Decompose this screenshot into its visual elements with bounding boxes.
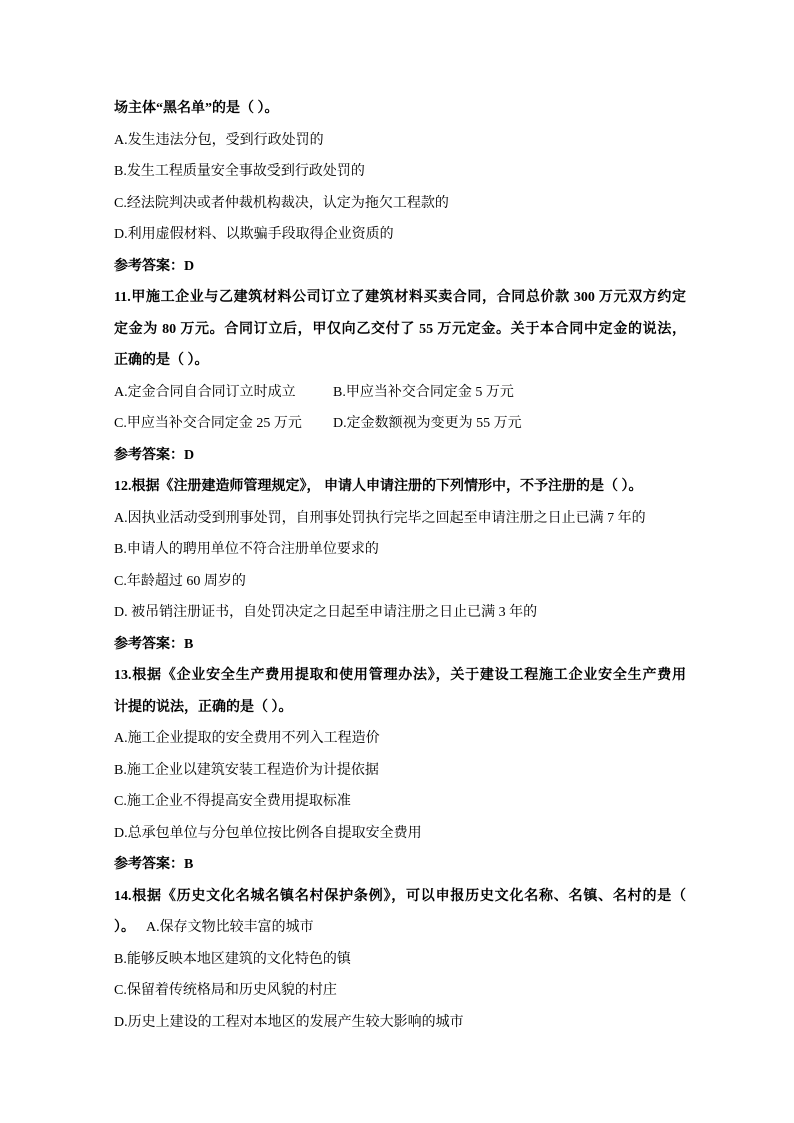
question-12-option-a: A.因执业活动受到刑事处罚，自刑事处罚执行完毕之回起至申请注册之日止已满 7 年… — [114, 503, 686, 535]
question-14-stem-line-1: 14.根据《历史文化名城名镇名村保护条例》，可以申报历史文化名称、名镇、名村的是… — [114, 881, 686, 913]
document-page: 场主体“黑名单”的是（ ）。 A.发生违法分包，受到行政处罚的 B.发生工程质量… — [0, 0, 794, 1123]
question-10-answer-line: 参考答案：D — [114, 251, 686, 283]
question-11-option-b: B.甲应当补交合同定金 5 万元 — [333, 385, 514, 400]
question-11-stem-line-1: 11.甲施工企业与乙建筑材料公司订立了建筑材料买卖合同，合同总价款 300 万元… — [114, 282, 686, 314]
question-11-options-row-2: C.甲应当补交合同定金 25 万元D.定金数额视为变更为 55 万元 — [114, 408, 686, 440]
question-11-stem-line-3: 正确的是（ ）。 — [114, 345, 686, 377]
question-11-option-d: D.定金数额视为变更为 55 万元 — [333, 416, 522, 431]
question-12-stem: 12.根据《注册建造师管理规定》， 申请人申请注册的下列情形中，不予注册的是（ … — [114, 471, 686, 503]
question-14-stem-close: ）。 — [114, 920, 135, 935]
question-11-stem-line-2: 定金为 80 万元。合同订立后，甲仅向乙交付了 55 万元定金。关于本合同中定金… — [114, 314, 686, 346]
question-12-option-d: D. 被吊销注册证书，自处罚决定之日起至申请注册之日止已满 3 年的 — [114, 597, 686, 629]
question-12-option-b: B.申请人的聘用单位不符合注册单位要求的 — [114, 534, 686, 566]
question-14-option-d: D.历史上建设的工程对本地区的发展产生较大影响的城市 — [114, 1007, 686, 1039]
question-11-option-a: A.定金合同自合同订立时成立 — [114, 377, 333, 409]
question-10-answer-value: D — [184, 259, 194, 274]
question-10-stem-continuation: 场主体“黑名单”的是（ ）。 — [114, 93, 686, 125]
question-10-option-d: D.利用虚假材料、以欺骗手段取得企业资质的 — [114, 219, 686, 251]
question-14-option-b: B.能够反映本地区建筑的文化特色的镇 — [114, 944, 686, 976]
question-11-answer-value: D — [184, 448, 194, 463]
question-12-answer-line: 参考答案：B — [114, 629, 686, 661]
question-14-stem-close-and-option-a: ）。A.保存文物比较丰富的城市 — [114, 912, 686, 944]
question-14-option-c: C.保留着传统格局和历史风貌的村庄 — [114, 975, 686, 1007]
exam-content: 场主体“黑名单”的是（ ）。 A.发生违法分包，受到行政处罚的 B.发生工程质量… — [114, 93, 686, 1038]
question-12-answer-value: B — [184, 637, 193, 652]
question-13-option-c: C.施工企业不得提高安全费用提取标准 — [114, 786, 686, 818]
answer-label: 参考答案： — [114, 637, 184, 652]
question-13-option-d: D.总承包单位与分包单位按比例各自提取安全费用 — [114, 818, 686, 850]
question-11-option-c: C.甲应当补交合同定金 25 万元 — [114, 408, 333, 440]
answer-label: 参考答案： — [114, 448, 184, 463]
question-13-option-b: B.施工企业以建筑安装工程造价为计提依据 — [114, 755, 686, 787]
question-10-option-a: A.发生违法分包，受到行政处罚的 — [114, 125, 686, 157]
answer-label: 参考答案： — [114, 857, 184, 872]
question-11-options-row-1: A.定金合同自合同订立时成立B.甲应当补交合同定金 5 万元 — [114, 377, 686, 409]
question-14-option-a: A.保存文物比较丰富的城市 — [146, 920, 314, 935]
question-13-answer-value: B — [184, 857, 193, 872]
question-12-option-c: C.年龄超过 60 周岁的 — [114, 566, 686, 598]
question-13-option-a: A.施工企业提取的安全费用不列入工程造价 — [114, 723, 686, 755]
question-10-option-c: C.经法院判决或者仲裁机构裁决，认定为拖欠工程款的 — [114, 188, 686, 220]
answer-label: 参考答案： — [114, 259, 184, 274]
question-13-answer-line: 参考答案：B — [114, 849, 686, 881]
question-13-stem-line-2: 计提的说法，正确的是（ ）。 — [114, 692, 686, 724]
question-11-answer-line: 参考答案：D — [114, 440, 686, 472]
question-10-option-b: B.发生工程质量安全事故受到行政处罚的 — [114, 156, 686, 188]
question-13-stem-line-1: 13.根据《企业安全生产费用提取和使用管理办法》，关于建设工程施工企业安全生产费… — [114, 660, 686, 692]
